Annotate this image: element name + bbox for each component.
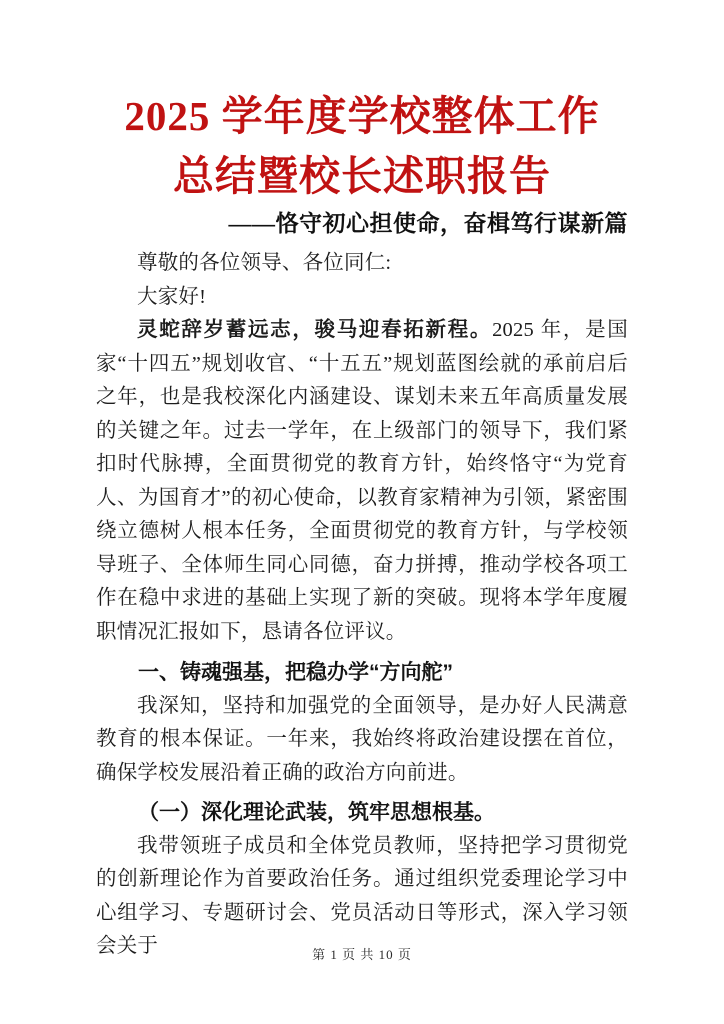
subsection-1-heading: （一）深化理论武装，筑牢思想根基。 — [96, 796, 628, 830]
document-body: 尊敬的各位领导、各位同仁: 大家好! 灵蛇辞岁蓄远志，骏马迎春拓新程。2025 … — [96, 247, 628, 964]
document-page: 2025 学年度学校整体工作 总结暨校长述职报告 ——恪守初心担使命，奋楫笃行谋… — [0, 0, 724, 1024]
subsection-1-paragraph: 我带领班子成员和全体党员教师，坚持把学习贯彻党的创新理论作为首要政治任务。通过组… — [96, 830, 628, 964]
section-1-paragraph: 我深知，坚持和加强党的全面领导，是办好人民满意教育的根本保证。一年来，我始终将政… — [96, 690, 628, 791]
greeting-line: 大家好! — [96, 281, 628, 315]
page-title-line-1: 2025 学年度学校整体工作 — [96, 86, 628, 146]
section-1-heading: 一、铸魂强基，把稳办学“方向舵” — [96, 656, 628, 690]
opening-paragraph: 灵蛇辞岁蓄远志，骏马迎春拓新程。2025 年，是国家“十四五”规划收官、“十五五… — [96, 314, 628, 649]
page-title: 2025 学年度学校整体工作 总结暨校长述职报告 — [96, 0, 628, 206]
opening-paragraph-rest: 2025 年，是国家“十四五”规划收官、“十五五”规划蓝图绘就的承前启后之年，也… — [96, 319, 628, 643]
page-title-line-2: 总结暨校长述职报告 — [96, 146, 628, 206]
salutation-line: 尊敬的各位领导、各位同仁: — [96, 247, 628, 281]
opening-paragraph-lead: 灵蛇辞岁蓄远志，骏马迎春拓新程。 — [137, 319, 492, 341]
page-number-indicator: 第 1 页 共 10 页 — [0, 946, 724, 963]
document-subtitle: ——恪守初心担使命，奋楫笃行谋新篇 — [96, 206, 628, 242]
